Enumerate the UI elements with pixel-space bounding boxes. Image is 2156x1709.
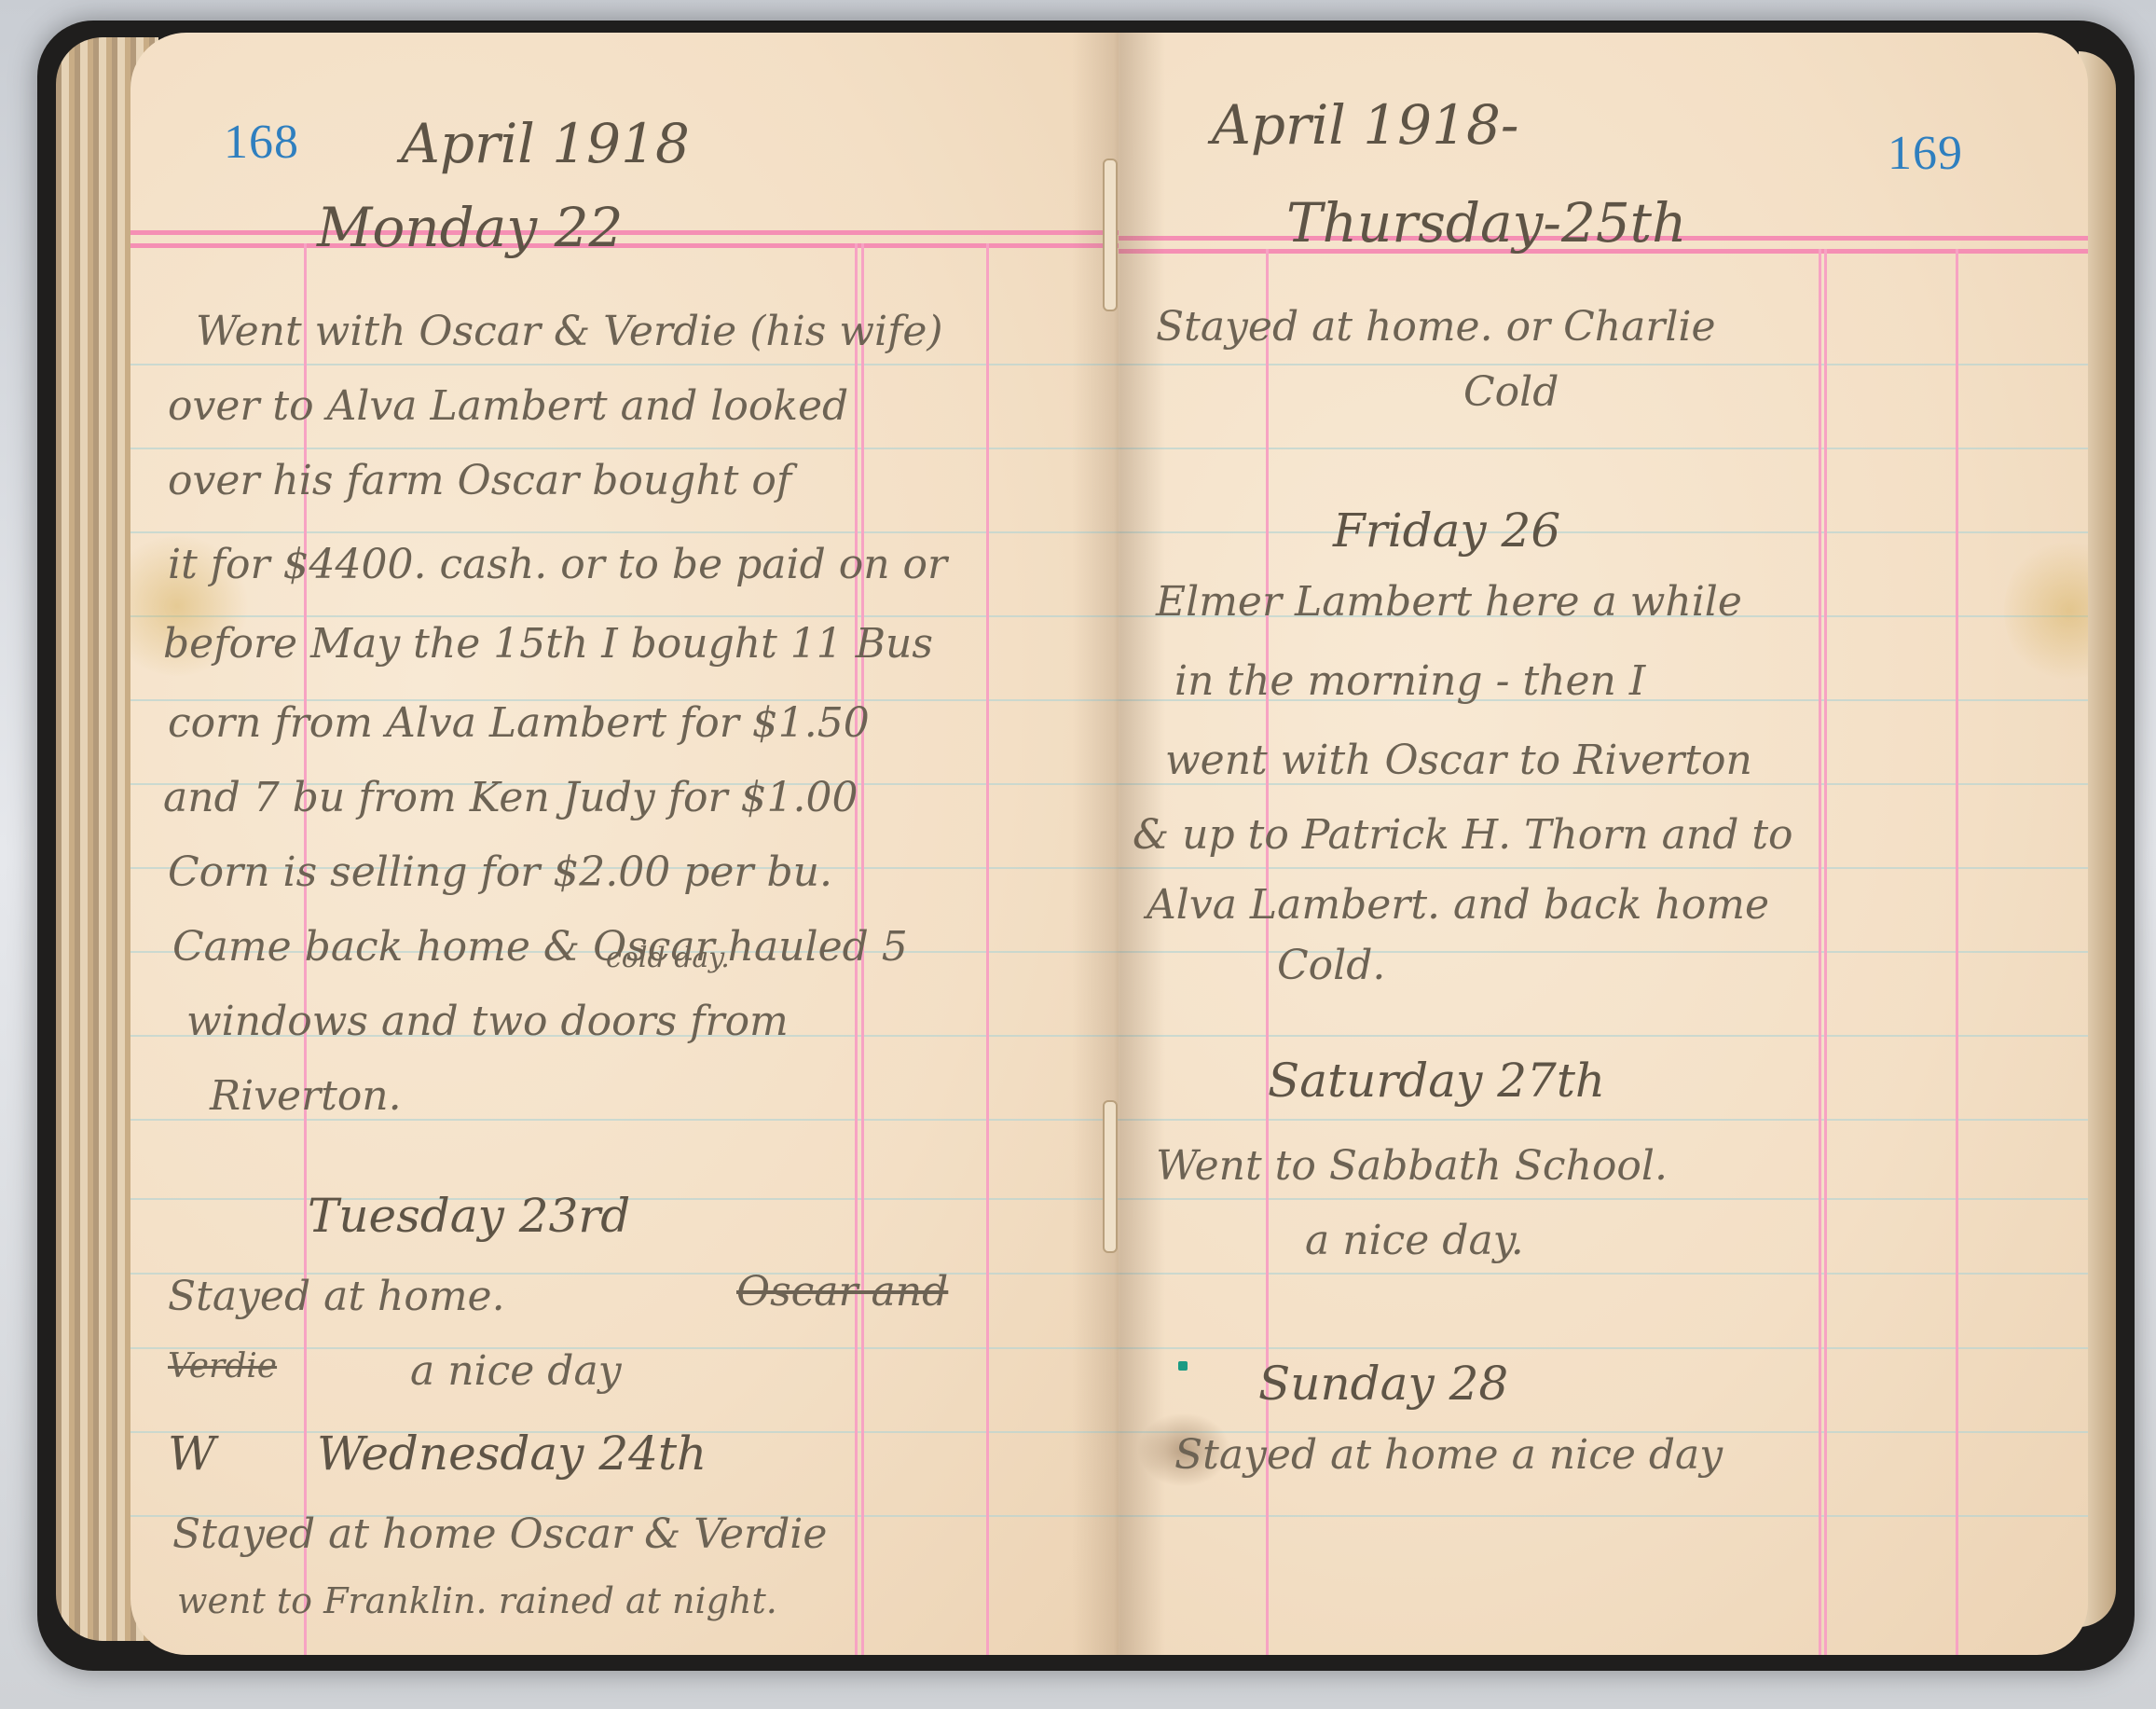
pink-column-rule — [1819, 249, 1821, 1655]
struck-text: Verdie — [168, 1347, 277, 1385]
pink-header-rule — [130, 243, 1119, 248]
entry-line: Alva Lambert. and back home — [1147, 881, 1769, 929]
entry-line: Cold — [1463, 368, 1559, 416]
page-number: 169 — [1888, 126, 1963, 181]
entry-line: Stayed at home. — [168, 1273, 505, 1320]
margin-mark: W — [168, 1426, 215, 1481]
struck-text: Oscar and — [736, 1268, 948, 1316]
book-gutter — [1072, 33, 1165, 1655]
entry-line: corn from Alva Lambert for $1.50 — [168, 699, 870, 747]
entry-insertion: cold day. — [606, 942, 730, 974]
rule-line — [130, 448, 1119, 449]
rule-line — [1119, 531, 2088, 533]
rule-line — [1119, 867, 2088, 869]
binding-stitch — [1103, 1100, 1118, 1253]
day-heading-thursday: Thursday-25th — [1286, 191, 1686, 255]
entry-line: Riverton. — [210, 1072, 402, 1120]
age-stain — [2004, 536, 2088, 685]
entry-line: Elmer Lambert here a while — [1156, 578, 1742, 626]
pink-header-rule — [130, 230, 1119, 235]
entry-line: Went to Sabbath School. — [1156, 1142, 1668, 1190]
rule-line — [1119, 1035, 2088, 1037]
diary-page-left: 168 April 1918 Monday 22 Went with Oscar… — [130, 33, 1119, 1655]
entry-line: Stayed at home. or Charlie — [1156, 303, 1716, 351]
entry-line: went to Franklin. rained at night. — [177, 1580, 777, 1621]
entry-line: over to Alva Lambert and looked — [168, 382, 848, 430]
entry-line: a nice day. — [1305, 1217, 1524, 1264]
entry-line: & up to Patrick H. Thorn and to — [1133, 811, 1793, 859]
green-mark — [1178, 1361, 1188, 1371]
pink-column-rule — [1956, 249, 1958, 1655]
entry-line: and 7 bu from Ken Judy for $1.00 — [163, 774, 858, 821]
entry-line: Went with Oscar & Verdie (his wife) — [196, 308, 943, 355]
entry-line: Corn is selling for $2.00 per bu. — [168, 848, 832, 896]
entry-line: Came back home & Oscar hauled 5 — [172, 923, 908, 971]
rule-line — [130, 1347, 1119, 1349]
rule-line — [1119, 951, 2088, 953]
entry-line: in the morning - then I — [1174, 657, 1645, 705]
rule-line — [130, 531, 1119, 533]
day-heading-wednesday: Wednesday 24th — [317, 1426, 707, 1481]
day-heading-saturday: Saturday 27th — [1268, 1054, 1605, 1108]
entry-line: before May the 15th I bought 11 Bus — [163, 620, 933, 668]
day-heading-monday: Monday 22 — [317, 196, 623, 259]
diary-page-right: 169 April 1918- Thursday-25th Stayed at … — [1119, 33, 2088, 1655]
entry-line: went with Oscar to Riverton — [1165, 737, 1752, 784]
binding-stitch — [1103, 158, 1118, 311]
rule-line — [1119, 1198, 2088, 1200]
rule-line — [1119, 1273, 2088, 1275]
page-number: 168 — [224, 115, 299, 170]
entry-line: over his farm Oscar bought of — [168, 457, 791, 504]
entry-line: Stayed at home Oscar & Verdie — [172, 1510, 827, 1558]
rule-line — [1119, 1347, 2088, 1349]
day-heading-sunday: Sunday 28 — [1258, 1357, 1508, 1411]
rule-line — [1119, 448, 2088, 449]
day-heading-friday: Friday 26 — [1333, 503, 1560, 558]
rule-line — [1119, 364, 2088, 365]
entry-line: it for $4400. cash. or to be paid on or — [168, 541, 947, 588]
rule-line — [1119, 1119, 2088, 1121]
pink-column-rule — [986, 243, 989, 1655]
rule-line — [130, 364, 1119, 365]
rule-line — [1119, 1515, 2088, 1517]
entry-line: Cold. — [1277, 942, 1385, 989]
month-year-heading: April 1918- — [1212, 93, 1518, 157]
day-heading-tuesday: Tuesday 23rd — [308, 1189, 630, 1243]
rule-line — [130, 615, 1119, 617]
pink-column-rule — [1824, 249, 1827, 1655]
month-year-heading: April 1918 — [401, 112, 690, 175]
entry-line: windows and two doors from — [186, 998, 789, 1045]
entry-line: Stayed at home a nice day — [1174, 1431, 1723, 1479]
entry-line: a nice day — [410, 1347, 622, 1395]
